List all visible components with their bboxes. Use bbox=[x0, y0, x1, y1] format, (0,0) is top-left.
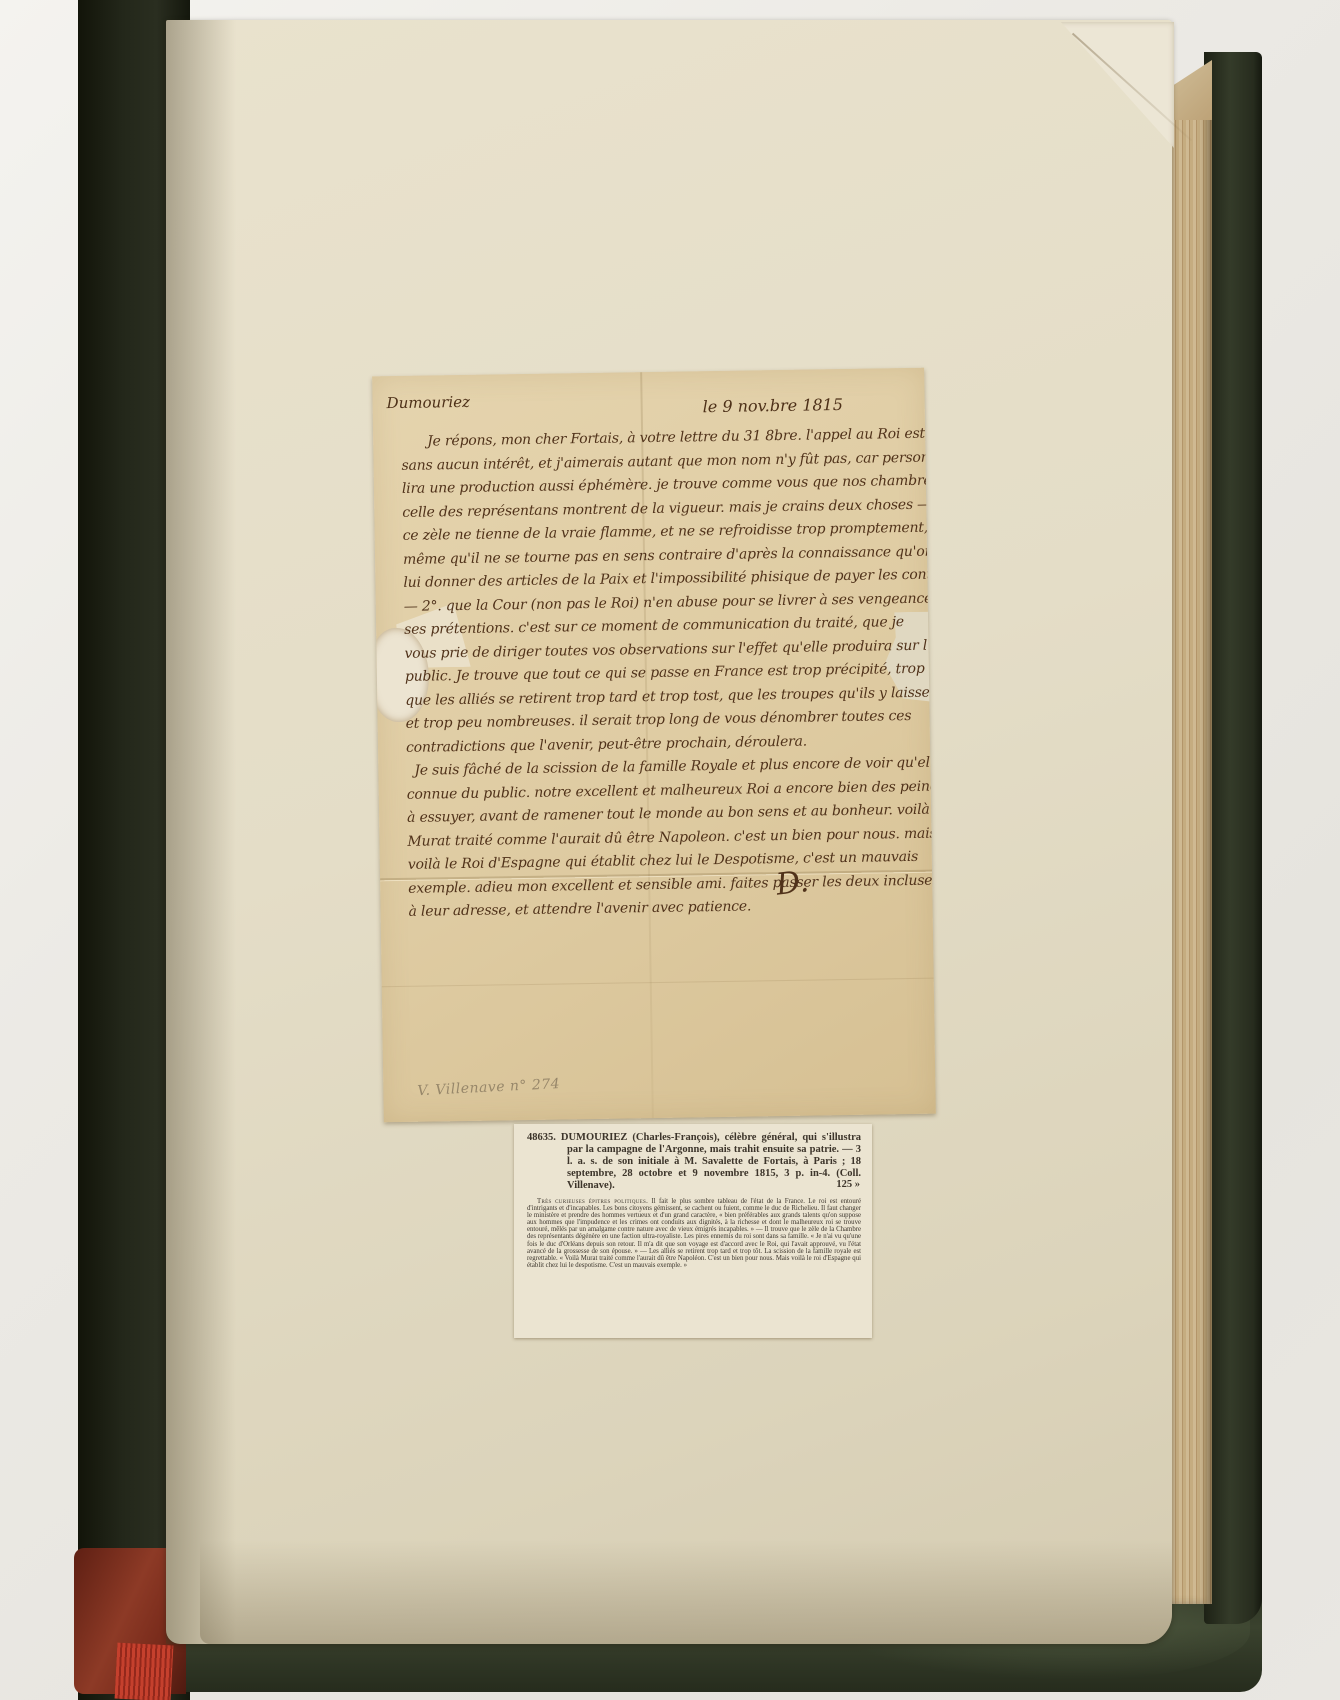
catalog-note-paragraph: Très curieuses épitres politiques. Il fa… bbox=[527, 1198, 861, 1269]
letter-date: le 9 nov.bre 1815 bbox=[703, 395, 844, 417]
catalog-clipping: 48635. DUMOURIEZ (Charles-François), cél… bbox=[514, 1124, 872, 1338]
catalog-price: 125 » bbox=[836, 1179, 860, 1191]
catalog-entry-heading: 48635. DUMOURIEZ (Charles-François), cél… bbox=[527, 1132, 861, 1192]
book-cover-right bbox=[1204, 52, 1262, 1624]
manuscript-letter: Dumouriez le 9 nov.bre 1815 Je répons, m… bbox=[372, 368, 936, 1123]
letter-signature-initial: D. bbox=[774, 866, 810, 902]
catalog-lot-number: 48635. bbox=[527, 1132, 556, 1143]
page-gutter-shadow bbox=[166, 20, 236, 1644]
catalog-note-body: Il fait le plus sombre tableau de l'état… bbox=[527, 1198, 861, 1269]
catalog-note-lead: Très curieuses épitres politiques. bbox=[537, 1198, 648, 1205]
page-bottom-shadow bbox=[200, 1540, 1172, 1644]
letter-body-text: Je répons, mon cher Fortais, à votre let… bbox=[401, 426, 925, 928]
letter-fold-crease-horizontal bbox=[382, 978, 934, 988]
collector-pencil-annotation: V. Villenave n° 274 bbox=[417, 1076, 561, 1100]
letter-author-annotation: Dumouriez bbox=[386, 393, 470, 412]
catalog-entry-description: DUMOURIEZ (Charles-François), célèbre gé… bbox=[561, 1132, 861, 1191]
bookmark-ribbon bbox=[115, 1643, 174, 1700]
